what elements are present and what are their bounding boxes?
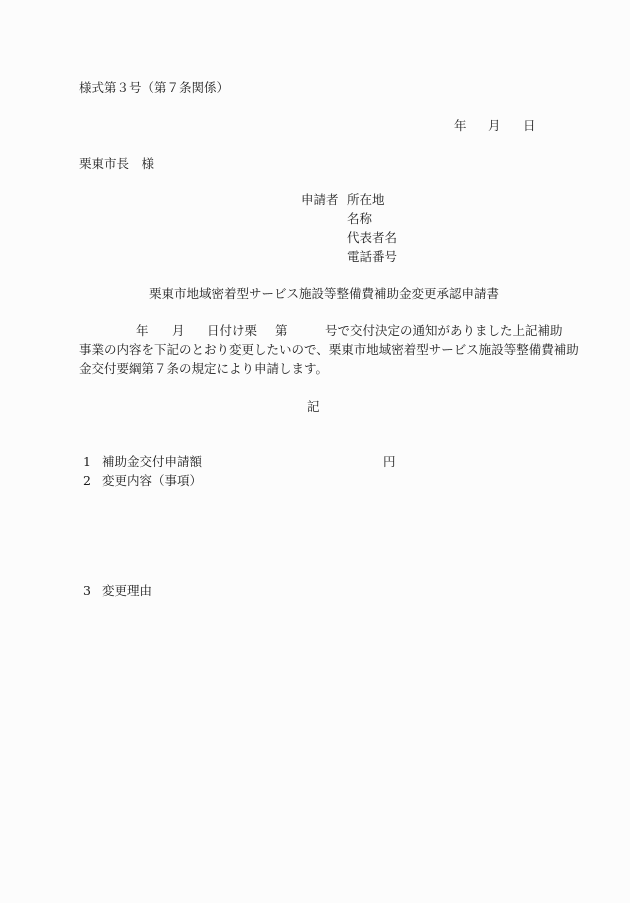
date-year-label: 年 xyxy=(454,118,467,134)
body-month-label: 月 xyxy=(172,323,185,339)
body-dated-label: 日付け栗 xyxy=(207,323,257,339)
applicant-representative-label: 代表者名 xyxy=(347,230,397,246)
applicant-label: 申請者 xyxy=(301,192,339,208)
body-line2: 事業の内容を下記のとおり変更したいので、栗東市地域密着型サービス施設等整備費補助 xyxy=(79,342,579,358)
ki-heading: 記 xyxy=(307,399,320,415)
body-year-label: 年 xyxy=(136,323,149,339)
body-line1-rest: 号で交付決定の通知がありました上記補助 xyxy=(325,323,563,339)
document-title: 栗東市地域密着型サービス施設等整備費補助金変更承認申請書 xyxy=(149,286,499,302)
item-3-number: 3 xyxy=(83,583,91,599)
item-1-number: 1 xyxy=(83,454,91,470)
applicant-address-label: 所在地 xyxy=(347,192,385,208)
body-line3: 金交付要綱第７条の規定により申請します。 xyxy=(79,361,328,377)
form-number: 様式第３号（第７条関係） xyxy=(79,80,229,96)
item-2-number: 2 xyxy=(83,473,91,489)
addressee: 栗東市長 様 xyxy=(79,156,154,172)
date-month-label: 月 xyxy=(488,118,501,134)
date-day-label: 日 xyxy=(523,118,536,134)
applicant-name-label: 名称 xyxy=(347,211,372,227)
applicant-phone-label: 電話番号 xyxy=(347,249,397,265)
item-1-label: 補助金交付申請額 xyxy=(102,454,202,470)
item-2-label: 変更内容（事項） xyxy=(102,473,202,489)
item-1-unit: 円 xyxy=(383,454,396,470)
body-dai-label: 第 xyxy=(275,323,288,339)
item-3-label: 変更理由 xyxy=(102,583,152,599)
